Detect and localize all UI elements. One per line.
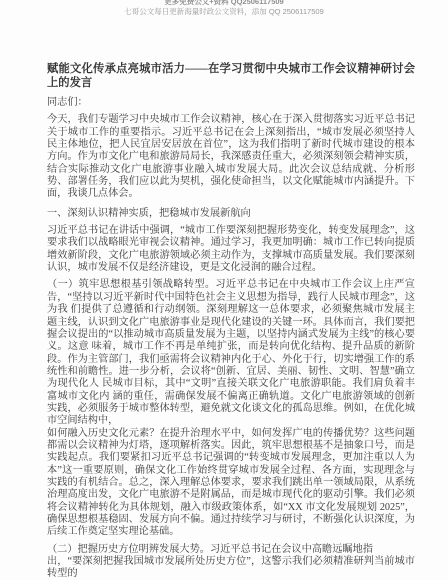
document-page: 更多免费公文+资料 QQ2506117509 七哥公文每日更新海量时政公文资料，… xyxy=(0,0,448,580)
body-paragraph: 习近平总书记在讲话中强调，“城市工作要深刻把握形势变化，转变发展理念”，这要求我… xyxy=(47,225,415,274)
body-paragraph: （一）筑牢思想根基引领战略转型。习近平总书记在中央城市工作会议上庄严宣告，“坚持… xyxy=(47,279,415,538)
document-body: 今天，我们专题学习中央城市工作会议精神，核心在于深入贯彻落实习近平总书记关于城市… xyxy=(47,114,415,580)
page-header: 更多免费公文+资料 QQ2506117509 七哥公文每日更新海量时政公文资料，… xyxy=(0,0,448,17)
document-content: 赋能文化传承点亮城市活力——在学习贯彻中央城市工作会议精神研讨会上的发言 同志们… xyxy=(0,17,448,580)
document-title: 赋能文化传承点亮城市活力——在学习贯彻中央城市工作会议精神研讨会上的发言 xyxy=(47,62,415,90)
header-watermark-line2: 七哥公文每日更新海量时政公文资料，添加 QQ 2506117509 xyxy=(0,7,448,17)
section-heading: 一、深刻认识精神实质，把稳城市发展新航向 xyxy=(47,208,415,220)
salutation: 同志们： xyxy=(47,97,415,109)
body-paragraph: （二）把握历史方位明辨发展大势。习近平总书记在会议中高瞻远瞩地指出，“要深刻把握… xyxy=(47,544,415,580)
body-paragraph: 今天，我们专题学习中央城市工作会议精神，核心在于深入贯彻落实习近平总书记关于城市… xyxy=(47,114,415,200)
header-watermark-line1: 更多免费公文+资料 QQ2506117509 xyxy=(0,0,448,7)
